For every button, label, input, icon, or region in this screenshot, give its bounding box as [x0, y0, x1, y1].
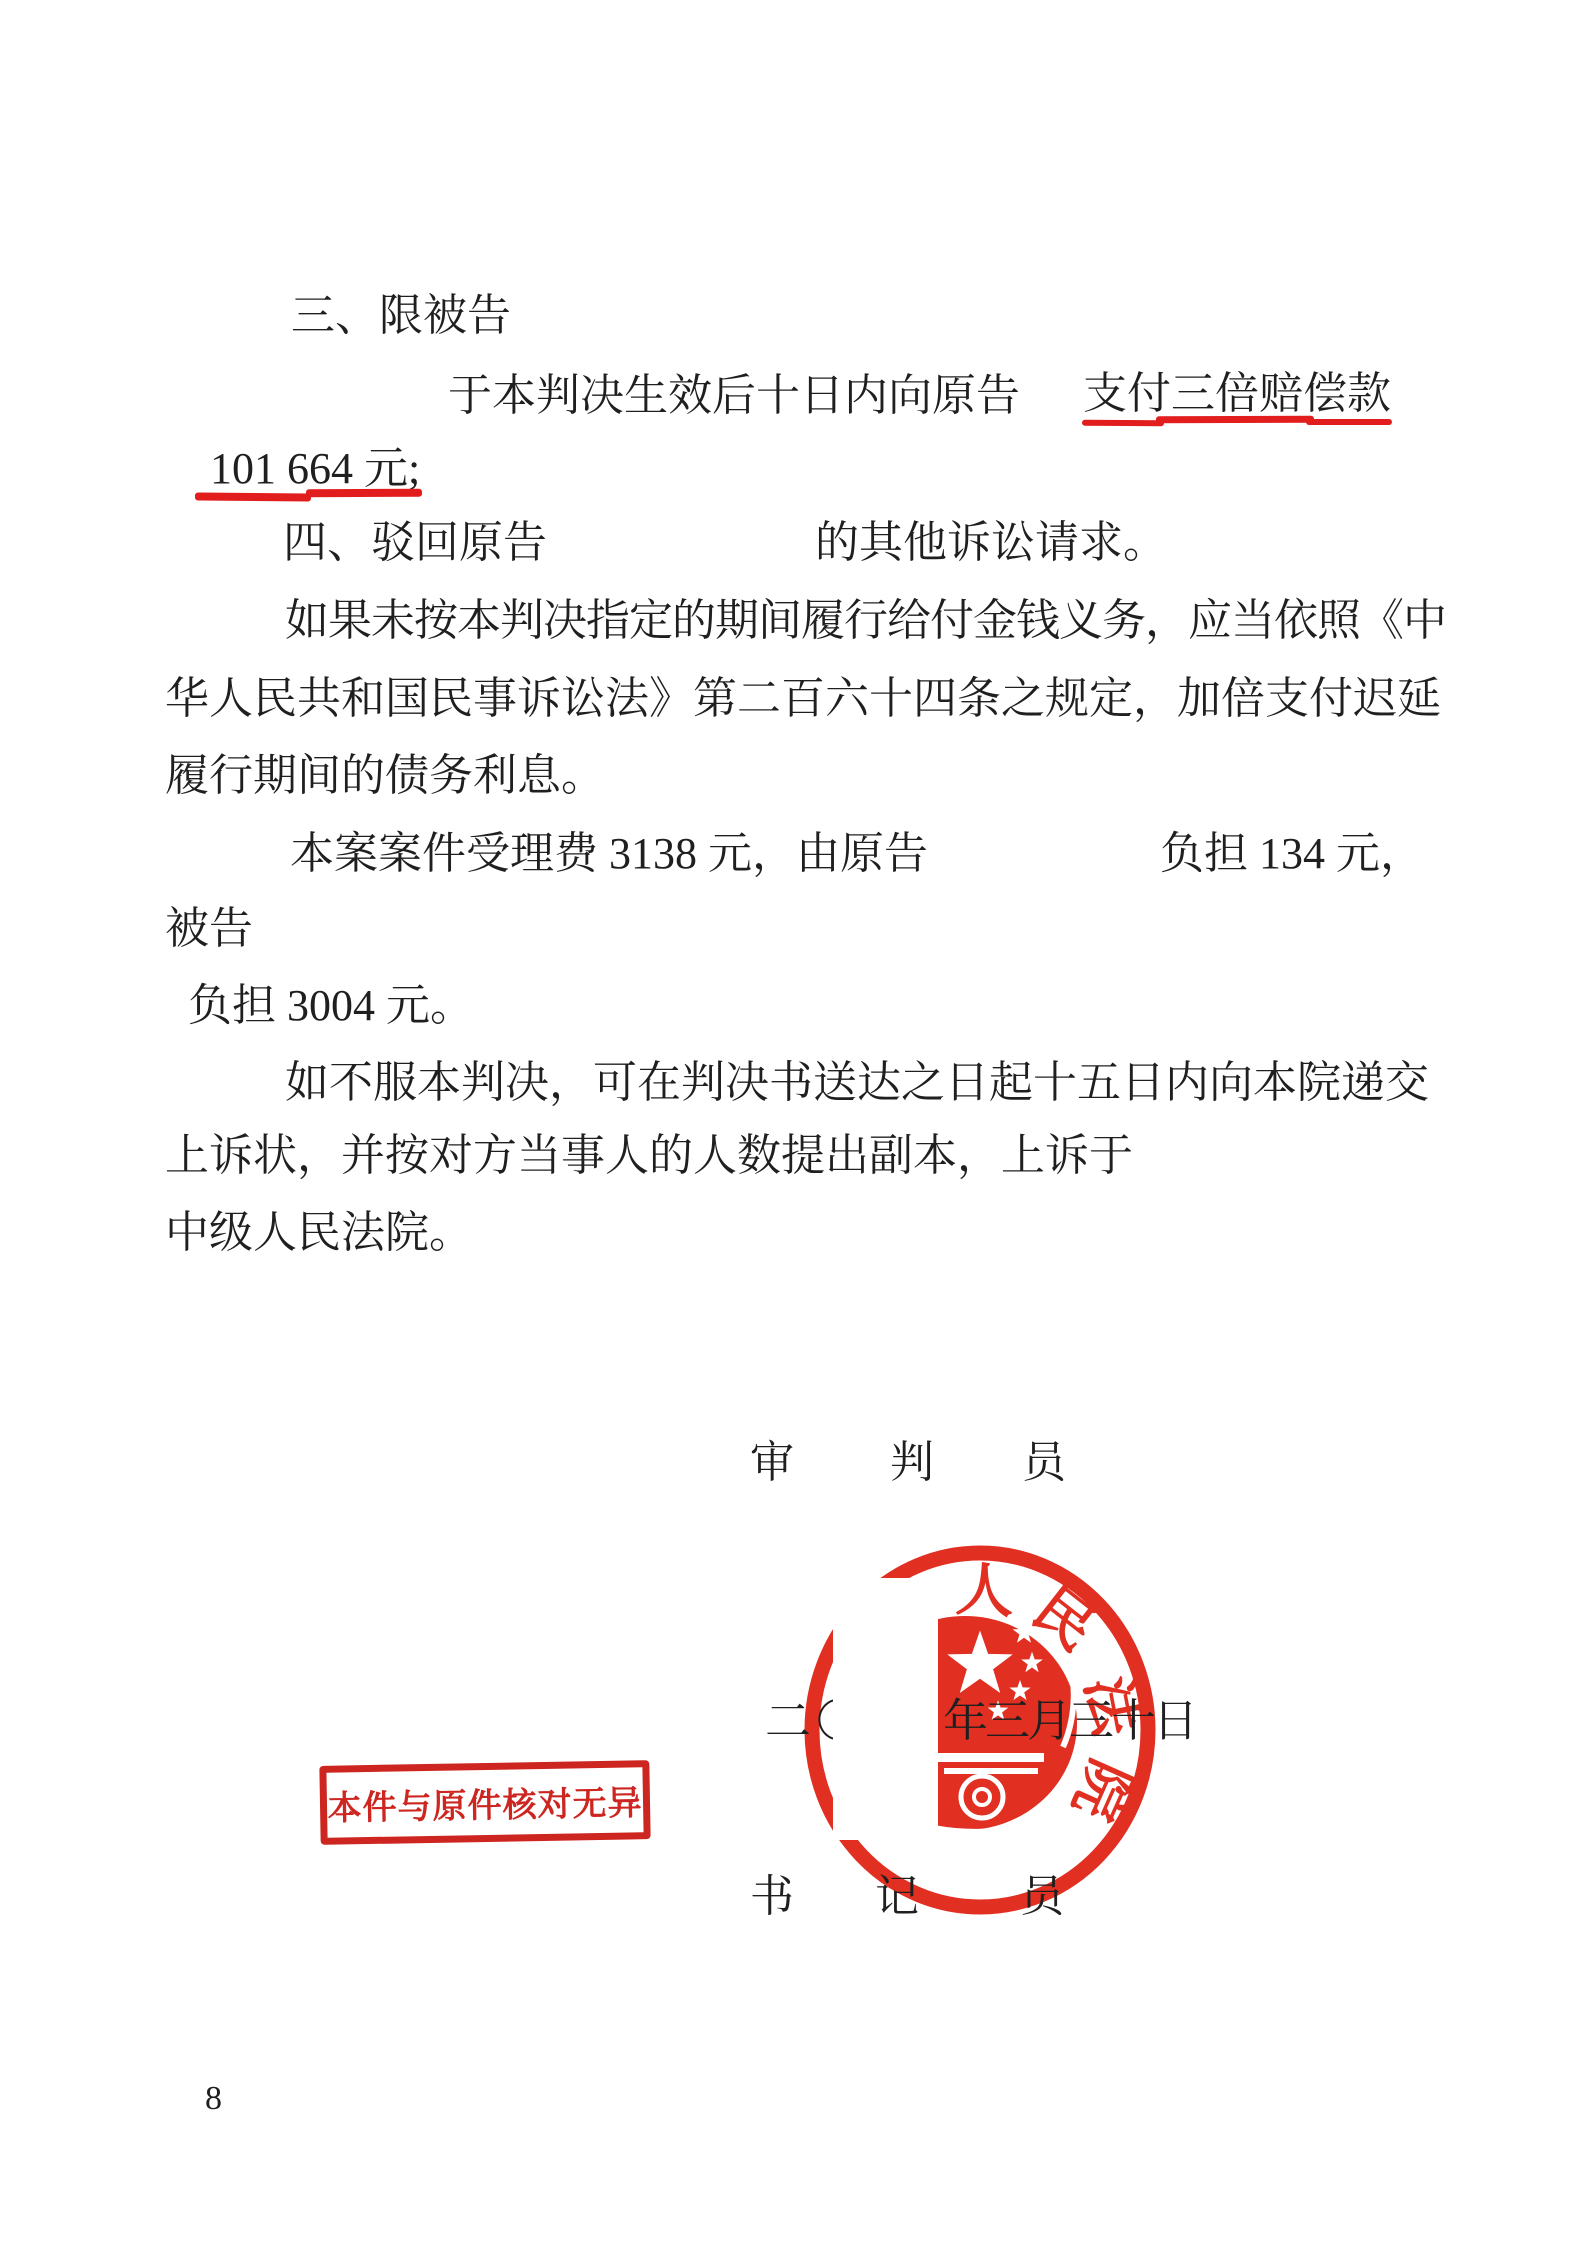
body-line: 中级人民法院。 [165, 1208, 473, 1257]
body-line: 被告 [165, 904, 253, 953]
body-line: 履行期间的债务利息。 [165, 751, 605, 800]
redaction-box [833, 1578, 938, 1840]
body-line: 负担 134 元， [1160, 829, 1424, 878]
body-line: 三、限被告 [291, 291, 511, 340]
red-underline [306, 489, 422, 498]
date-suffix: 年三月三十日 [943, 1696, 1195, 1746]
red-underline [1306, 419, 1392, 425]
clerk-label-char: 记 [875, 1872, 919, 1921]
red-underline [1156, 416, 1314, 424]
judge-label-char: 判 [890, 1438, 934, 1487]
red-underline [195, 492, 311, 501]
clerk-label-char: 书 [750, 1872, 794, 1921]
judgment-page: 人 民 法 院 本件与原件核对无异 三、限被告 于本判决生效后十日内向原告 支付… [0, 0, 1587, 2245]
body-line: 四、驳回原告 [283, 518, 547, 567]
body-line: 的其他诉讼请求。 [815, 518, 1167, 567]
judge-label-char: 审 [750, 1438, 794, 1487]
clerk-label-char: 员 [1020, 1872, 1064, 1921]
body-line: 华人民共和国民事诉讼法》第二百六十四条之规定，加倍支付迟延 [165, 674, 1441, 723]
page-number: 8 [205, 2080, 222, 2118]
body-line: 如果未按本判决指定的期间履行给付金钱义务，应当依照《中 [285, 596, 1446, 645]
seal-char: 人 [954, 1557, 1015, 1625]
judge-label-char: 员 [1022, 1438, 1066, 1487]
body-line: 如不服本判决，可在判决书送达之日起十五日内向本院递交 [285, 1058, 1429, 1107]
verification-stamp: 本件与原件核对无异 [319, 1760, 650, 1845]
body-line: 本案案件受理费 3138 元，由原告 [290, 829, 928, 878]
verification-stamp-text: 本件与原件核对无异 [327, 1775, 643, 1829]
red-underline [1082, 420, 1164, 427]
body-line: 上诉状，并按对方当事人的人数提出副本，上诉于 [165, 1131, 1133, 1180]
body-line: 于本判决生效后十日内向原告 [448, 371, 1020, 420]
body-line-emphasized: 支付三倍赔偿款 [1083, 369, 1391, 418]
body-line-emphasized: 101 664 元; [210, 444, 420, 493]
body-line: 负担 3004 元。 [188, 981, 474, 1030]
